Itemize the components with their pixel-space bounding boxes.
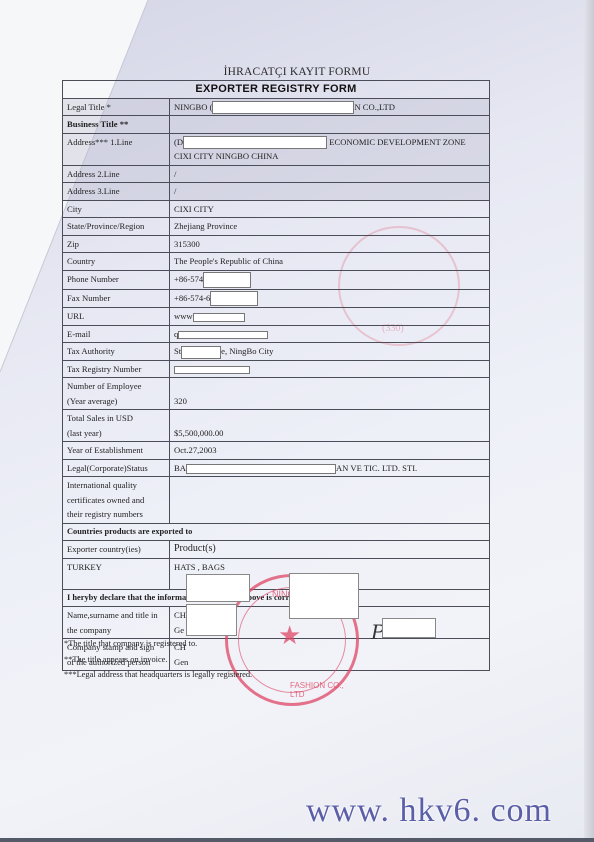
footnote-2: **The title appears on invoice. xyxy=(64,652,252,668)
row-url: URL www xyxy=(63,308,490,326)
label-established: Year of Establishment xyxy=(63,442,170,460)
label-legal-status: Legal(Corporate)Status xyxy=(63,459,170,477)
label-tax-registry: Tax Registry Number xyxy=(63,360,170,378)
label-state: State/Province/Region xyxy=(63,218,170,236)
value-legal-title: NINGBO (N CO.,LTD xyxy=(170,98,490,116)
value-sales: $5,500,000.00 xyxy=(170,410,490,442)
watermark: www. hkv6. com xyxy=(306,792,552,830)
label-email: E-mail xyxy=(63,325,170,343)
label-zip: Zip xyxy=(63,235,170,253)
row-tax-registry: Tax Registry Number xyxy=(63,360,490,378)
value-address1: (D ECONOMIC DEVELOPMENT ZONECIXI CITY NI… xyxy=(170,133,490,165)
row-address2: Address 2.Line / xyxy=(63,165,490,183)
footnote-3: ***Legal address that headquarters is le… xyxy=(64,667,252,683)
col-products: Product(s) xyxy=(170,541,490,559)
redaction xyxy=(186,574,250,602)
redaction xyxy=(382,618,436,638)
row-tax-authority: Tax Authority Ste, NingBo City xyxy=(63,343,490,361)
row-export-columns: Exporter country(ies) Product(s) xyxy=(63,541,490,559)
footnotes: *The title that company is registered to… xyxy=(64,636,252,683)
label-name-title: Name,surname and title inthe company xyxy=(63,607,170,639)
redaction xyxy=(174,366,250,374)
redaction xyxy=(178,331,268,339)
value-business-title xyxy=(170,116,490,134)
row-established: Year of Establishment Oct.27,2003 xyxy=(63,442,490,460)
label-business-title: Business Title ** xyxy=(63,116,170,134)
redaction xyxy=(181,346,221,359)
label-phone: Phone Number xyxy=(63,270,170,289)
stamp-star-icon: ★ xyxy=(278,621,301,651)
row-export-heading: Countries products are exported to xyxy=(63,523,490,541)
redaction xyxy=(212,101,354,114)
row-zip: Zip 315300 xyxy=(63,235,490,253)
page-title-turkish: İHRACATÇI KAYIT FORMU xyxy=(0,66,594,78)
value-established: Oct.27,2003 xyxy=(170,442,490,460)
redaction xyxy=(203,272,251,288)
row-fax: Fax Number +86-574-6 xyxy=(63,289,490,308)
value-country: The People's Republic of China xyxy=(170,253,490,271)
form-title: EXPORTER REGISTRY FORM xyxy=(63,81,490,99)
label-url: URL xyxy=(63,308,170,326)
row-email: E-mail q xyxy=(63,325,490,343)
value-certificates xyxy=(170,477,490,524)
value-employees: 320 xyxy=(170,378,490,410)
row-employees: Number of Employee(Year average) 320 xyxy=(63,378,490,410)
row-business-title: Business Title ** xyxy=(63,116,490,134)
row-legal-title: Legal Title * NINGBO (N CO.,LTD xyxy=(63,98,490,116)
label-legal-title: Legal Title * xyxy=(63,98,170,116)
col-exporter-country: Exporter country(ies) xyxy=(63,541,170,559)
value-zip: 315300 xyxy=(170,235,490,253)
row-city: City CIXI CITY xyxy=(63,200,490,218)
value-fax: +86-574-6 xyxy=(170,289,490,308)
value-tax-registry xyxy=(170,360,490,378)
export-section-heading: Countries products are exported to xyxy=(63,523,490,541)
value-city: CIXI CITY xyxy=(170,200,490,218)
export-country: TURKEY xyxy=(63,558,170,589)
row-state: State/Province/Region Zhejiang Province xyxy=(63,218,490,236)
label-address1: Address*** 1.Line xyxy=(63,133,170,165)
redaction xyxy=(210,291,258,306)
redaction xyxy=(183,136,327,149)
redaction xyxy=(289,573,359,619)
label-address3: Address 3.Line xyxy=(63,183,170,201)
value-url: www xyxy=(170,308,490,326)
footnote-1: *The title that company is registered to… xyxy=(64,636,252,652)
label-address2: Address 2.Line xyxy=(63,165,170,183)
redaction xyxy=(186,604,237,636)
page-edge xyxy=(584,0,594,842)
value-address2: / xyxy=(170,165,490,183)
redaction xyxy=(186,464,336,474)
row-sales: Total Sales in USD(last year) $5,500,000… xyxy=(63,410,490,442)
value-state: Zhejiang Province xyxy=(170,218,490,236)
redaction xyxy=(193,313,245,322)
row-legal-status: Legal(Corporate)Status BAAN VE TIC. LTD.… xyxy=(63,459,490,477)
label-employees: Number of Employee(Year average) xyxy=(63,378,170,410)
label-sales: Total Sales in USD(last year) xyxy=(63,410,170,442)
row-address3: Address 3.Line / xyxy=(63,183,490,201)
label-city: City xyxy=(63,200,170,218)
row-phone: Phone Number +86-574 xyxy=(63,270,490,289)
row-address1: Address*** 1.Line (D ECONOMIC DEVELOPMEN… xyxy=(63,133,490,165)
value-legal-status: BAAN VE TIC. LTD. STI. xyxy=(170,459,490,477)
scan-edge xyxy=(0,838,594,842)
value-email: q xyxy=(170,325,490,343)
stamp-bottom-text: FASHION CO., LTD xyxy=(290,681,356,699)
label-tax-authority: Tax Authority xyxy=(63,343,170,361)
row-certificates: International qualitycertificates owned … xyxy=(63,477,490,524)
label-certificates: International qualitycertificates owned … xyxy=(63,477,170,524)
value-phone: +86-574 xyxy=(170,270,490,289)
row-country: Country The People's Republic of China xyxy=(63,253,490,271)
value-tax-authority: Ste, NingBo City xyxy=(170,343,490,361)
label-fax: Fax Number xyxy=(63,289,170,308)
label-country: Country xyxy=(63,253,170,271)
value-address3: / xyxy=(170,183,490,201)
